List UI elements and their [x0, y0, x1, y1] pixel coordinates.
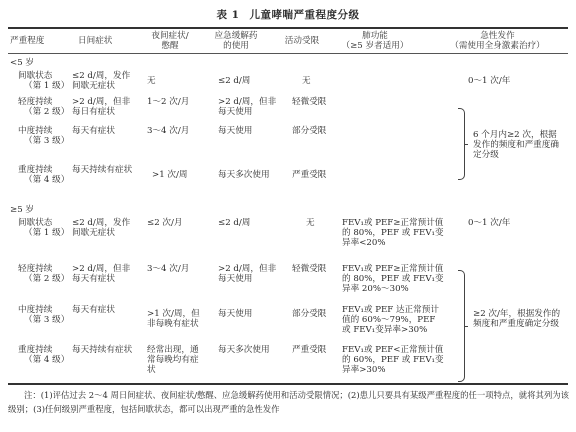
level-cell: 中度持续（第 3 级） [18, 126, 76, 146]
daytime-cell: >2 d/周，但非每日有症状 [72, 97, 134, 117]
merged-exacerbation-5plus: ≥2 次/年，根据发作的频度和严重度确定分级 [473, 309, 561, 329]
night-cell: 3～4 次/月 [147, 126, 202, 136]
activity-cell: 轻微受限 [292, 264, 342, 274]
lung-function-cell: FEV₁或 PEF≥正常预计值的 80%，PEF 或 FEV₁变异率<20% [342, 218, 444, 248]
lung-function-cell: FEV₁或 PEF 达正常预计值的 60%～79%，PEF 或 FEV₁变异率>… [342, 305, 444, 335]
rescue-cell: 每天使用 [218, 126, 278, 136]
rescue-cell: ≤2 d/周 [218, 76, 278, 86]
night-cell: 1～2 次/月 [147, 97, 202, 107]
rescue-cell: ≤2 d/周 [218, 218, 278, 228]
header-activity: 活动受限 [272, 36, 332, 46]
header-lung: 肺功能（≥5 岁者适用） [325, 31, 425, 51]
rescue-cell: >2 d/周，但非每天使用 [218, 97, 278, 117]
activity-cell: 部分受限 [292, 126, 342, 136]
header-night: 夜间症状/憋醒 [140, 31, 200, 51]
table-caption: 表 1儿童哮喘严重程度分级 [0, 10, 576, 20]
brace-5plus [458, 270, 465, 382]
level-cell: 轻度持续（第 2 级） [18, 264, 76, 284]
activity-cell: 严重受限 [292, 345, 342, 355]
header-rule [8, 53, 568, 54]
exacerbation-cell: 0～1 次/年 [468, 218, 558, 228]
daytime-cell: 每天有症状 [72, 305, 134, 315]
group-label-5plus: ≥5 岁 [10, 205, 34, 215]
daytime-cell: 每天有症状 [72, 126, 134, 136]
rescue-cell: 每天多次使用 [218, 345, 278, 355]
activity-cell: 轻微受限 [292, 97, 342, 107]
level-cell: 重度持续（第 4 级） [18, 345, 76, 365]
activity-cell: 无 [302, 76, 352, 86]
group-label-under5: <5 岁 [10, 58, 34, 68]
activity-cell: 无 [306, 218, 346, 228]
night-cell: >1 次/周，但非每晚有症状 [147, 309, 205, 329]
table-note: 注：(1)评估过去 2～4 周日间症状、夜间症状/憋醒、应急缓解药使用和活动受限… [8, 388, 570, 416]
exacerbation-cell: 0～1 次/年 [468, 76, 558, 86]
top-rule [8, 27, 568, 29]
night-cell: ≤2 次/月 [147, 218, 202, 228]
daytime-cell: 每天持续有症状 [72, 345, 134, 355]
bottom-rule [8, 383, 568, 385]
lung-function-cell: FEV₁或 PEF≥正常预计值的 80%，PEF 或 FEV₁变异率 20%～3… [342, 264, 444, 294]
level-cell: 轻度持续（第 2 级） [18, 97, 76, 117]
night-cell: 3～4 次/月 [147, 264, 202, 274]
daytime-cell: ≤2 d/周，发作间歇无症状 [72, 218, 134, 238]
daytime-cell: ≤2 d/周，发作间歇无症状 [72, 71, 134, 91]
brace-under5 [458, 108, 465, 180]
level-cell: 间歇状态（第 1 级） [18, 71, 76, 91]
rescue-cell: 每天使用 [218, 309, 278, 319]
lung-function-cell: FEV₁或 PEF<正常预计值的 60%，PEF 或 FEV₁变异率>30% [342, 345, 444, 375]
level-cell: 间歇状态（第 1 级） [18, 218, 76, 238]
header-exacerbation: 急性发作（需使用全身激素治疗） [425, 31, 570, 51]
daytime-cell: >2 d/周，但非每天有症状 [72, 264, 134, 284]
caption-title: 儿童哮喘严重程度分级 [249, 9, 359, 21]
header-severity: 严重程度 [10, 36, 70, 46]
rescue-cell: 每天多次使用 [218, 170, 278, 180]
activity-cell: 部分受限 [292, 309, 342, 319]
rescue-cell: >2 d/周，但非每天使用 [218, 264, 278, 284]
night-cell: 经常出现，通常每晚均有症状 [147, 345, 202, 375]
level-cell: 中度持续（第 3 级） [18, 305, 76, 325]
night-cell: 无 [147, 76, 202, 86]
merged-exacerbation-under5: 6 个月内≥2 次，根据发作的频度和严重度确定分级 [473, 130, 563, 160]
header-rescue: 应急缓解药的使用 [203, 31, 269, 51]
daytime-cell: 每天持续有症状 [72, 165, 134, 175]
caption-label: 表 1 [217, 9, 240, 21]
header-daytime: 日间症状 [78, 36, 138, 46]
level-cell: 重度持续（第 4 级） [18, 165, 76, 185]
night-cell: >1 次/周 [152, 170, 207, 180]
activity-cell: 严重受限 [292, 170, 342, 180]
